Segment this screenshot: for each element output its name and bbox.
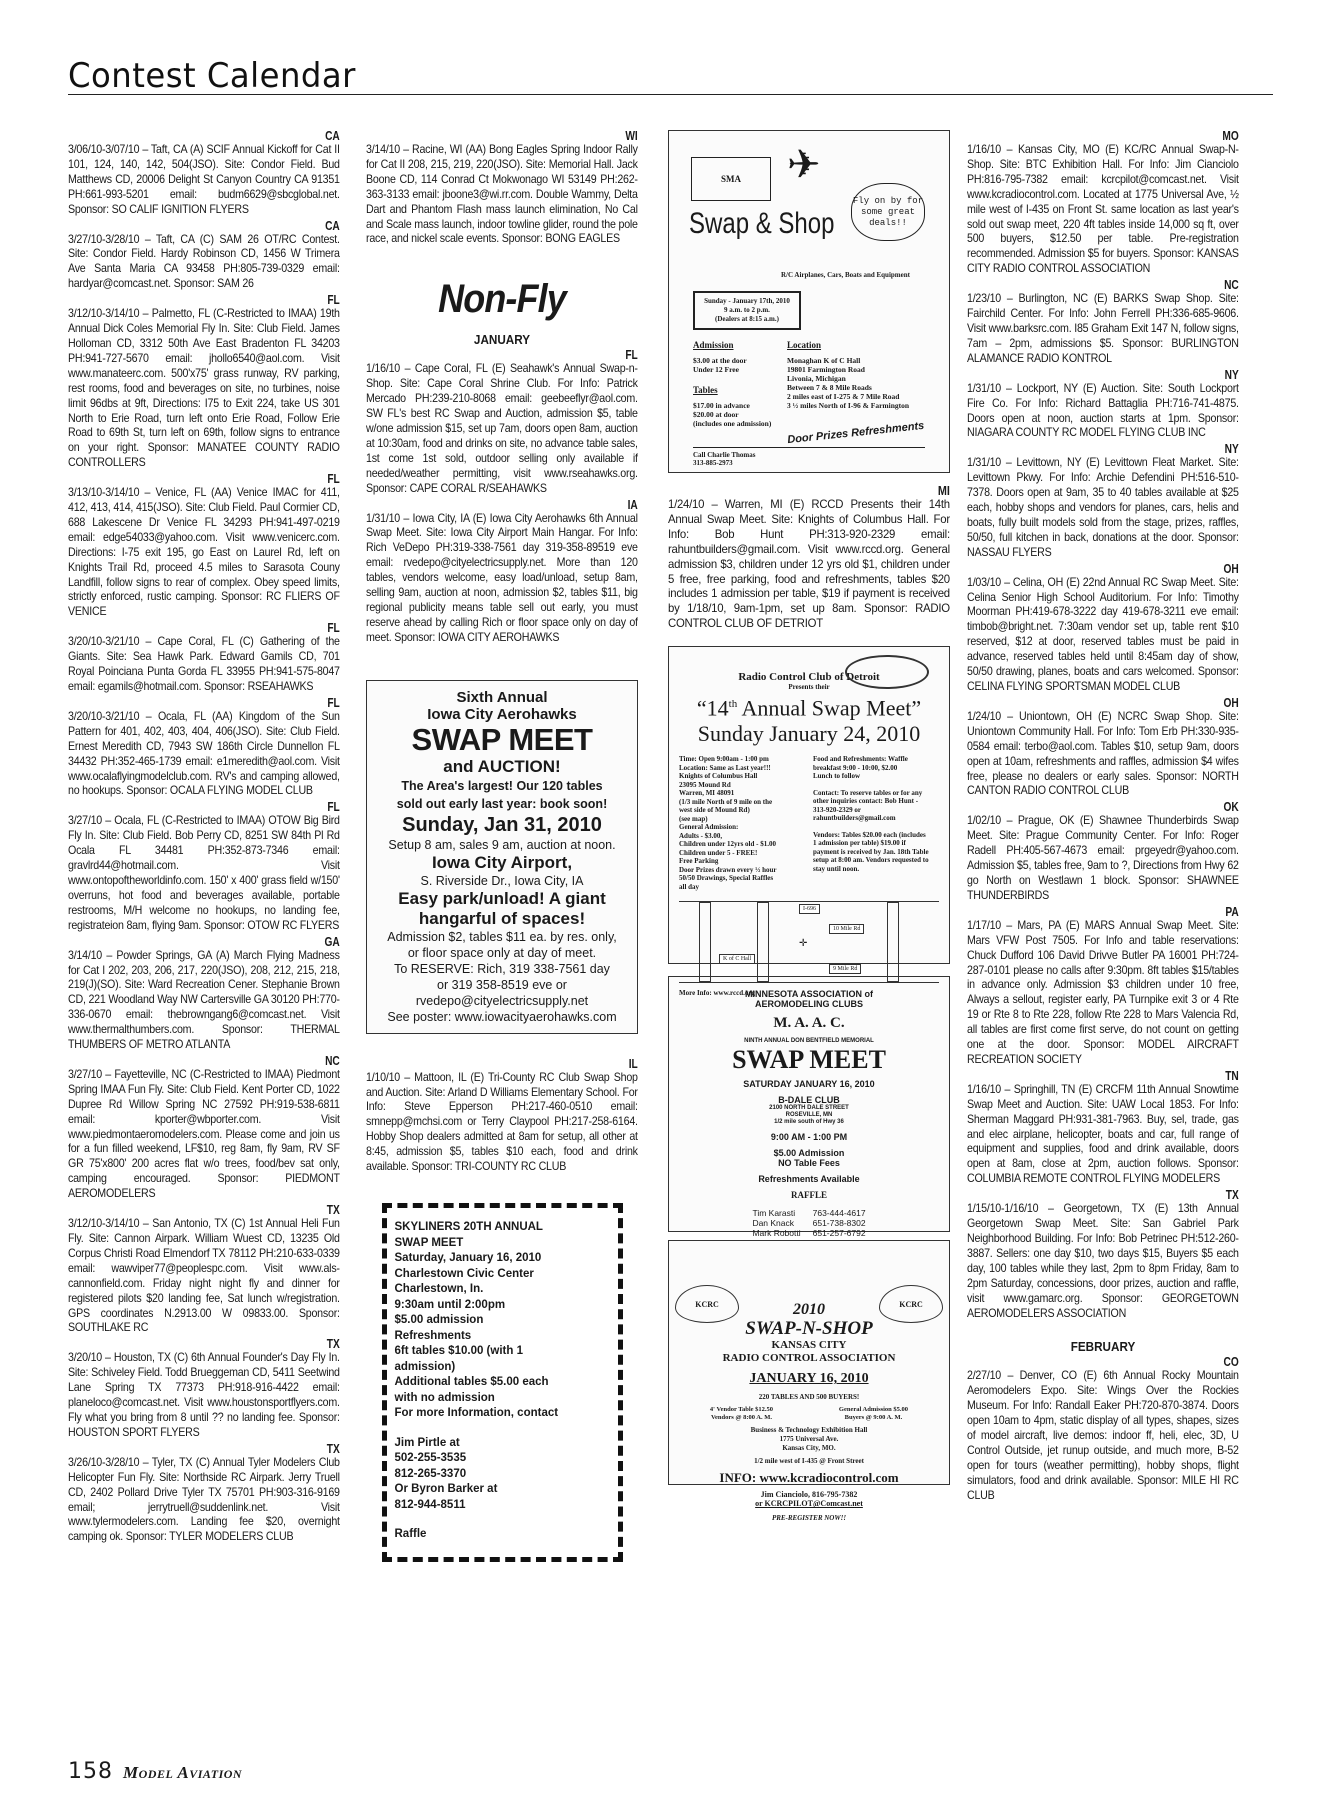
magazine-name: Model Aviation — [123, 1763, 242, 1783]
ad-line: sold out early last year: book soon! — [373, 795, 631, 813]
ad-org: KANSAS CITY — [677, 1339, 941, 1352]
map-road — [757, 902, 769, 982]
state-label: NY — [1008, 441, 1239, 456]
state-label: TN — [1008, 1068, 1239, 1083]
airplane-icon: ✈ — [787, 145, 821, 185]
column-3: SMA ✈ Fly on by for some great deals!! S… — [668, 130, 950, 1485]
ad-headline: Swap & Shop — [689, 207, 834, 241]
ad-line: Iowa City Aerohawks — [373, 706, 631, 723]
ad-contacts: Tim Karasti763-444-4617 Dan Knack651-738… — [677, 1208, 941, 1238]
ad-line: 9:30am until 2:00pm — [395, 1298, 610, 1314]
ad-line: stay until noon. — [813, 865, 939, 874]
listing-text: 1/03/10 – Celina, OH (E) 22nd Annual RC … — [967, 576, 1239, 695]
ad-line: Food and Refreshments: Waffle — [813, 755, 939, 764]
listing-text: 3/06/10-3/07/10 – Taft, CA (A) SCIF Annu… — [68, 143, 340, 218]
state-label: FL — [109, 292, 340, 307]
ad-swap-and-shop: SMA ✈ Fly on by for some great deals!! S… — [668, 130, 950, 473]
map-road — [699, 902, 711, 982]
club-logo: SMA — [691, 157, 771, 201]
contact-name: Mark Robotti — [752, 1228, 800, 1238]
state-label: OH — [1008, 695, 1239, 710]
ad-contact: Call Charlie Thomas 313-885-2973 — [693, 451, 756, 467]
listing: PA1/17/10 – Mars, PA (E) MARS Annual Swa… — [967, 904, 1239, 1068]
listing: FL3/20/10-3/21/10 – Ocala, FL (AA) Kingd… — [68, 695, 340, 799]
ad-details: Time: Open 9:00am - 1:00 pm Location: Sa… — [679, 755, 939, 891]
listing: NY1/31/10 – Levittown, NY (E) Levittown … — [967, 441, 1239, 560]
kcrc-logo-icon: KCRC — [879, 1285, 943, 1323]
page-header: Contest Calendar — [68, 58, 1273, 95]
listing: OH1/24/10 – Uniontown, OH (E) NCRC Swap … — [967, 695, 1239, 799]
ad-date: SATURDAY JANUARY 16, 2010 — [677, 1079, 941, 1089]
ad-date: Sunday January 24, 2010 — [679, 721, 939, 747]
page-title: Contest Calendar — [68, 58, 1213, 94]
listing-text: 1/10/10 – Mattoon, IL (E) Tri-County RC … — [366, 1071, 638, 1175]
ad-kc-swap-n-shop: KCRC KCRC 2010 SWAP-N-SHOP KANSAS CITY R… — [668, 1240, 950, 1485]
ad-website: More Info: www.rccd.org — [679, 989, 939, 997]
map-road — [887, 902, 899, 982]
ad-tagline: 220 TABLES AND 500 BUYERS! — [677, 1393, 941, 1402]
listing: TX1/15/10-1/16/10 – Georgetown, TX (E) 1… — [967, 1187, 1239, 1321]
ad-date-box: Sunday - January 17th, 2010 9 a.m. to 2 … — [693, 291, 801, 330]
listing-text: 1/23/10 – Burlington, NC (E) BARKS Swap … — [967, 292, 1239, 367]
state-label: MI — [710, 483, 950, 498]
ad-line: Buyers @ 9:00 A. M. — [839, 1414, 908, 1422]
ad-line: 313-885-2973 — [693, 459, 756, 467]
ad-headline: “14th Annual Swap Meet” — [679, 691, 939, 721]
ad-headline: SWAP MEET — [373, 723, 631, 757]
ad-line: Vendors: Tables $20.00 each (includes — [813, 831, 939, 840]
ad-line: Time: Open 9:00am - 1:00 pm — [679, 755, 805, 764]
ad-line: breakfast 9:00 - 10:00, $2.00 — [813, 764, 939, 773]
location-map: I-696 10 Mile Rd 9 Mile Rd K of C Hall ✛ — [679, 901, 939, 983]
state-label: CA — [109, 218, 340, 233]
column-1: CA3/06/10-3/07/10 – Taft, CA (A) SCIF An… — [68, 128, 340, 1545]
state-label: TX — [109, 1202, 340, 1217]
state-label: TX — [109, 1336, 340, 1351]
ad-line: Additional tables $5.00 each — [395, 1375, 610, 1391]
ad-headline: SWAP MEET — [677, 1045, 941, 1075]
ad-venue: Business & Technology Exhibition Hall — [677, 1426, 941, 1435]
ad-line: Saturday, January 16, 2010 — [395, 1251, 610, 1267]
ad-line: Sixth Annual — [373, 689, 631, 706]
ad-line: Refreshments — [395, 1329, 610, 1345]
listing-text: 3/12/10-3/14/10 – Palmetto, FL (C-Restri… — [68, 307, 340, 471]
listing: IL1/10/10 – Mattoon, IL (E) Tri-County R… — [366, 1056, 638, 1175]
listing: NC3/27/10 – Fayetteville, NC (C-Restrict… — [68, 1053, 340, 1202]
listing-text: 3/27/10 – Ocala, FL (C-Restricted to IMA… — [68, 814, 340, 933]
ad-line: General Admission $5.00 — [839, 1406, 908, 1414]
state-label: NC — [1008, 277, 1239, 292]
ad-admission: Admission $3.00 at the door Under 12 Fre… — [693, 341, 771, 428]
state-label: GA — [109, 934, 340, 949]
ad-venue: Kansas City, MO. — [677, 1444, 941, 1453]
ad-line: Sunday - January 17th, 2010 — [697, 297, 797, 306]
ad-fees: 4' Vendor Table $12.50Vendors @ 8:00 A. … — [677, 1406, 941, 1422]
ad-org: AEROMODELING CLUBS — [677, 999, 941, 1009]
listing-text: 1/17/10 – Mars, PA (E) MARS Annual Swap … — [967, 919, 1239, 1068]
ad-date: JANUARY 16, 2010 — [677, 1371, 941, 1387]
state-label: CO — [1008, 1354, 1239, 1369]
ad-line: other inquiries contact: Bob Hunt - — [813, 797, 939, 806]
state-label: IA — [407, 497, 638, 512]
ad-line: Free Parking — [679, 857, 805, 866]
compass-icon: ✛ — [799, 938, 807, 949]
ad-line: 50/50 Drawings, Special Raffles — [679, 874, 805, 883]
ad-venue: B-DALE CLUB — [677, 1095, 941, 1105]
listing: MI1/24/10 – Warren, MI (E) RCCD Presents… — [668, 483, 950, 632]
page-footer: 158 Model Aviation — [68, 1759, 242, 1784]
ad-line: 2 miles east of I-275 & 7 Mile Road — [787, 392, 909, 401]
listing: TX3/20/10 – Houston, TX (C) 6th Annual F… — [68, 1336, 340, 1440]
ad-line: For more Information, contact — [395, 1406, 610, 1422]
ad-line: Charlestown, In. — [395, 1282, 610, 1298]
listing-text: 1/31/10 – Levittown, NY (E) Levittown Fl… — [967, 456, 1239, 560]
ad-line: 6ft tables $10.00 (with 1 — [395, 1344, 610, 1360]
ad-line: Charlestown Civic Center — [395, 1267, 610, 1283]
ad-line: Setup 8 am, sales 9 am, auction at noon. — [373, 837, 631, 853]
ad-line: 3 ½ miles North of I-96 & Farmington — [787, 401, 909, 410]
ad-details-right: Food and Refreshments: Waffle breakfast … — [813, 755, 939, 891]
ad-line: 1 admission per table) $19.00 if — [813, 839, 939, 848]
listing-text: 1/31/10 – Lockport, NY (E) Auction. Site… — [967, 382, 1239, 442]
ad-line: admission) — [395, 1360, 610, 1376]
ad-line: setup at 8:00 am. Vendors requested to — [813, 856, 939, 865]
contact-name: Dan Knack — [752, 1218, 800, 1228]
ad-line: or 319 358-8519 eve or — [373, 977, 631, 993]
state-label: NC — [109, 1053, 340, 1068]
ad-prizes: Door Prizes Refreshments — [787, 420, 925, 446]
state-label: CA — [109, 128, 340, 143]
ad-line: 313-920-2329 or — [813, 806, 939, 815]
ad-line: Lunch to follow — [813, 772, 939, 781]
ad-line: rahuntbuilders@gmail.com — [813, 814, 939, 823]
listing: OK1/02/10 – Prague, OK (E) Shawnee Thund… — [967, 799, 1239, 903]
ad-skyliners-swap-meet: SKYLINERS 20TH ANNUAL SWAP MEET Saturday… — [382, 1203, 623, 1562]
listing-text: 3/20/10-3/21/10 – Cape Coral, FL (C) Gat… — [68, 635, 340, 695]
ad-line: (Dealers at 8:15 a.m.) — [697, 315, 797, 324]
state-label: PA — [1008, 904, 1239, 919]
listing-text: 1/24/10 – Uniontown, OH (E) NCRC Swap Sh… — [967, 710, 1239, 799]
state-label: OK — [1008, 799, 1239, 814]
listing: FL1/16/10 – Cape Coral, FL (E) Seahawk's… — [366, 347, 638, 496]
listing: CO2/27/10 – Denver, CO (E) 6th Annual Ro… — [967, 1354, 1239, 1503]
ad-line: Adults - $3.00, — [679, 832, 805, 841]
ad-contact: Jim Pirtle at — [395, 1436, 610, 1452]
state-label: TX — [109, 1441, 340, 1456]
listing-text: 1/16/10 – Kansas City, MO (E) KC/RC Annu… — [967, 143, 1239, 277]
ad-line: 23095 Mound Rd — [679, 781, 805, 790]
listing-text: 3/27/10-3/28/10 – Taft, CA (C) SAM 26 OT… — [68, 233, 340, 293]
listing: IA1/31/10 – Iowa City, IA (E) Iowa City … — [366, 497, 638, 646]
ad-line: all day — [679, 883, 805, 892]
state-label: WI — [407, 128, 638, 143]
month-heading: JANUARY — [380, 332, 625, 347]
ad-contact: 812-265-3370 — [395, 1467, 610, 1483]
state-label: FL — [407, 347, 638, 362]
ad-line: Door Prizes drawn every ½ hour — [679, 866, 805, 875]
listing: TN1/16/10 – Springhill, TN (E) CRCFM 11t… — [967, 1068, 1239, 1187]
ad-line: (see map) — [679, 815, 805, 824]
listing: CA3/06/10-3/07/10 – Taft, CA (A) SCIF An… — [68, 128, 340, 218]
contact-name: Tim Karasti — [752, 1208, 800, 1218]
ad-line: 4' Vendor Table $12.50 — [710, 1406, 773, 1414]
ad-address: 1/2 mile south of Hwy 36 — [677, 1119, 941, 1126]
ad-line: General Admission: — [679, 823, 805, 832]
ad-heading: Tables — [693, 386, 771, 395]
ad-subtitle: R/C Airplanes, Cars, Boats and Equipment — [781, 271, 910, 279]
ad-line: Children under 12yrs old - $1.00 — [679, 840, 805, 849]
ad-website: INFO: www.kcradiocontrol.com — [677, 1470, 941, 1486]
ad-line: Children under 5 - FREE! — [679, 849, 805, 858]
listing: GA3/14/10 – Powder Springs, GA (A) March… — [68, 934, 340, 1053]
ad-line: The Area's largest! Our 120 tables — [373, 777, 631, 795]
listing: TX3/12/10-3/14/10 – San Antonio, TX (C) … — [68, 1202, 340, 1336]
ad-line: Call Charlie Thomas — [693, 451, 756, 459]
listing: CA3/27/10-3/28/10 – Taft, CA (C) SAM 26 … — [68, 218, 340, 293]
listing: NC1/23/10 – Burlington, NC (E) BARKS Swa… — [967, 277, 1239, 367]
ad-line: $5.00 admission — [395, 1313, 610, 1329]
listing: NY1/31/10 – Lockport, NY (E) Auction. Si… — [967, 367, 1239, 442]
listing: FL3/27/10 – Ocala, FL (C-Restricted to I… — [68, 799, 340, 933]
listing: TX3/26/10-3/28/10 – Tyler, TX (C) Annual… — [68, 1441, 340, 1545]
page-number: 158 — [68, 1759, 113, 1784]
ad-line: hangarful of spaces! — [373, 909, 631, 929]
ad-line: $3.00 at the door — [693, 356, 771, 365]
ad-line: Admission $2, tables $11 ea. by res. onl… — [373, 929, 631, 945]
state-label: FL — [109, 620, 340, 635]
ad-abbr: M. A. A. C. — [677, 1015, 941, 1032]
ad-line: To RESERVE: Rich, 319 338-7561 day — [373, 961, 631, 977]
ad-rccd-swap-meet: Radio Control Club of Detroit Presents t… — [668, 646, 950, 964]
listing-text: 1/16/10 – Springhill, TN (E) CRCFM 11th … — [967, 1083, 1239, 1187]
ad-line: $20.00 at door — [693, 410, 771, 419]
state-label: FL — [109, 695, 340, 710]
ad-location: Location Monaghan K of C Hall 19801 Farm… — [787, 341, 909, 410]
listing: MO1/16/10 – Kansas City, MO (E) KC/RC An… — [967, 128, 1239, 277]
ad-line: Warren, MI 48091 — [679, 789, 805, 798]
ad-line: “14 — [697, 695, 729, 720]
ad-heading: Admission — [693, 341, 771, 350]
listing-text: 3/13/10-3/14/10 – Venice, FL (AA) Venice… — [68, 486, 340, 620]
listing: FL3/13/10-3/14/10 – Venice, FL (AA) Veni… — [68, 471, 340, 620]
ad-contact: 812-944-8511 — [395, 1498, 610, 1514]
ad-line: with no admission — [395, 1391, 610, 1407]
state-label: MO — [1008, 128, 1239, 143]
ad-line: Vendors @ 8:00 A. M. — [710, 1414, 773, 1422]
map-label: I-696 — [799, 904, 820, 914]
ad-venue: Iowa City Airport, — [373, 853, 631, 873]
ad-date: Sunday, Jan 31, 2010 — [373, 813, 631, 837]
ad-raffle: RAFFLE — [677, 1190, 941, 1200]
contact-phone: 763-444-4617 — [813, 1208, 866, 1218]
ad-line: 9 a.m. to 2 p.m. — [697, 306, 797, 315]
listing: FL3/12/10-3/14/10 – Palmetto, FL (C-Rest… — [68, 292, 340, 471]
listing: OH1/03/10 – Celina, OH (E) 22nd Annual R… — [967, 561, 1239, 695]
ad-line: Knights of Columbus Hall — [679, 772, 805, 781]
ad-org: RADIO CONTROL ASSOCIATION — [677, 1352, 941, 1365]
state-label: FL — [109, 471, 340, 486]
ad-email: or KCRCPILOT@Comcast.net — [677, 1499, 941, 1508]
listing-text: 1/15/10-1/16/10 – Georgetown, TX (E) 13t… — [967, 1202, 1239, 1321]
ad-line: (1/3 mile North of 9 mile on the — [679, 798, 805, 807]
state-label: NY — [1008, 367, 1239, 382]
ad-line: Livonia, Michigan — [787, 374, 909, 383]
speech-cloud: Fly on by for some great deals!! — [851, 183, 925, 241]
section-title-non-fly: Non-Fly — [380, 277, 625, 322]
ad-line: Under 12 Free — [693, 365, 771, 374]
state-label: IL — [407, 1056, 638, 1071]
ad-line: NINTH ANNUAL DON BENTFIELD MEMORIAL — [677, 1038, 941, 1045]
ad-venue: 1775 Universal Ave. — [677, 1435, 941, 1444]
ad-admission: $5.00 Admission — [677, 1148, 941, 1158]
listing-text: 3/14/10 – Powder Springs, GA (A) March F… — [68, 949, 340, 1053]
listing-text: 1/16/10 – Cape Coral, FL (E) Seahawk's A… — [366, 362, 638, 496]
listing-text: 1/24/10 – Warren, MI (E) RCCD Presents t… — [668, 498, 950, 632]
ad-cta: PRE-REGISTER NOW!! — [677, 1514, 941, 1522]
ad-refreshments: Refreshments Available — [677, 1174, 941, 1184]
listing-text: 3/12/10-3/14/10 – San Antonio, TX (C) 1s… — [68, 1217, 340, 1336]
ad-line: Annual Swap Meet” — [737, 695, 921, 720]
state-label: FL — [109, 799, 340, 814]
listing: WI3/14/10 – Racine, WI (AA) Bong Eagles … — [366, 128, 638, 247]
ad-directions: 1/2 mile west of I-435 @ Front Street — [677, 1457, 941, 1466]
ad-address: 2100 NORTH DALE STREET — [677, 1105, 941, 1112]
listing-text: 1/02/10 – Prague, OK (E) Shawnee Thunder… — [967, 814, 1239, 903]
column-2: WI3/14/10 – Racine, WI (AA) Bong Eagles … — [366, 128, 638, 1562]
ad-line: payment is received by Jan. 18th Table — [813, 848, 939, 857]
ad-line: and AUCTION! — [373, 757, 631, 777]
ad-line: Monaghan K of C Hall — [787, 356, 909, 365]
ad-line: SWAP MEET — [395, 1236, 610, 1252]
kcrc-logo-icon: KCRC — [675, 1285, 739, 1323]
ad-address: S. Riverside Dr., Iowa City, IA — [373, 873, 631, 889]
ad-contact: 502-255-3535 — [395, 1451, 610, 1467]
ad-line: or floor space only at day of meet. — [373, 945, 631, 961]
ad-line: Location: Same as Last year!!! — [679, 764, 805, 773]
map-label: 9 Mile Rd — [829, 964, 861, 974]
ad-line: Easy park/unload! A giant — [373, 889, 631, 909]
ad-email: rvedepo@cityelectricsupply.net — [373, 993, 631, 1009]
ad-contact: Jim Cianciolo, 816-795-7382 — [677, 1490, 941, 1499]
listing-text: 3/27/10 – Fayetteville, NC (C-Restricted… — [68, 1068, 340, 1202]
divider — [693, 447, 925, 448]
listing: FL3/20/10-3/21/10 – Cape Coral, FL (C) G… — [68, 620, 340, 695]
ad-website: See poster: www.iowacityaerohawks.com — [373, 1009, 631, 1025]
ad-line: west side of Mound Rd) — [679, 806, 805, 815]
ad-line: $17.00 in advance — [693, 401, 771, 410]
ad-line: Contact: To reserve tables or for any — [813, 789, 939, 798]
ad-footer: Raffle — [395, 1527, 610, 1543]
listing-text: 2/27/10 – Denver, CO (E) 6th Annual Rock… — [967, 1369, 1239, 1503]
wings-logo-icon — [845, 655, 929, 689]
listing-text: 3/20/10 – Houston, TX (C) 6th Annual Fou… — [68, 1351, 340, 1440]
month-heading: FEBRUARY — [981, 1339, 1226, 1354]
map-label: K of C Hall — [719, 954, 755, 964]
ad-hours: 9:00 AM - 1:00 PM — [677, 1132, 941, 1142]
listing-text: 3/26/10-3/28/10 – Tyler, TX (C) Annual T… — [68, 1456, 340, 1545]
ad-line: (includes one admission) — [693, 419, 771, 428]
ad-iowa-city-swap-meet: Sixth Annual Iowa City Aerohawks SWAP ME… — [366, 680, 638, 1034]
state-label: TX — [1008, 1187, 1239, 1202]
contact-phone: 651-738-8302 — [813, 1218, 866, 1228]
ad-line: 19801 Farmington Road — [787, 365, 909, 374]
contact-phone: 651-257-6792 — [813, 1228, 866, 1238]
ad-line: th — [729, 698, 738, 710]
ad-line: SKYLINERS 20TH ANNUAL — [395, 1220, 610, 1236]
ad-maac-swap-meet: MINNESOTA ASSOCIATION of AEROMODELING CL… — [668, 976, 950, 1232]
listing-text: 3/14/10 – Racine, WI (AA) Bong Eagles Sp… — [366, 143, 638, 247]
ad-contact: Or Byron Barker at — [395, 1482, 610, 1498]
column-4: MO1/16/10 – Kansas City, MO (E) KC/RC An… — [967, 128, 1239, 1504]
map-label: 10 Mile Rd — [829, 924, 864, 934]
listing-text: 3/20/10-3/21/10 – Ocala, FL (AA) Kingdom… — [68, 710, 340, 799]
listing-text: 1/31/10 – Iowa City, IA (E) Iowa City Ae… — [366, 512, 638, 646]
ad-line: Between 7 & 8 Mile Roads — [787, 383, 909, 392]
state-label: OH — [1008, 561, 1239, 576]
ad-details-left: Time: Open 9:00am - 1:00 pm Location: Sa… — [679, 755, 805, 891]
ad-table: NO Table Fees — [677, 1158, 941, 1168]
ad-heading: Location — [787, 341, 909, 350]
ad-address: ROSEVILLE, MN — [677, 1112, 941, 1119]
